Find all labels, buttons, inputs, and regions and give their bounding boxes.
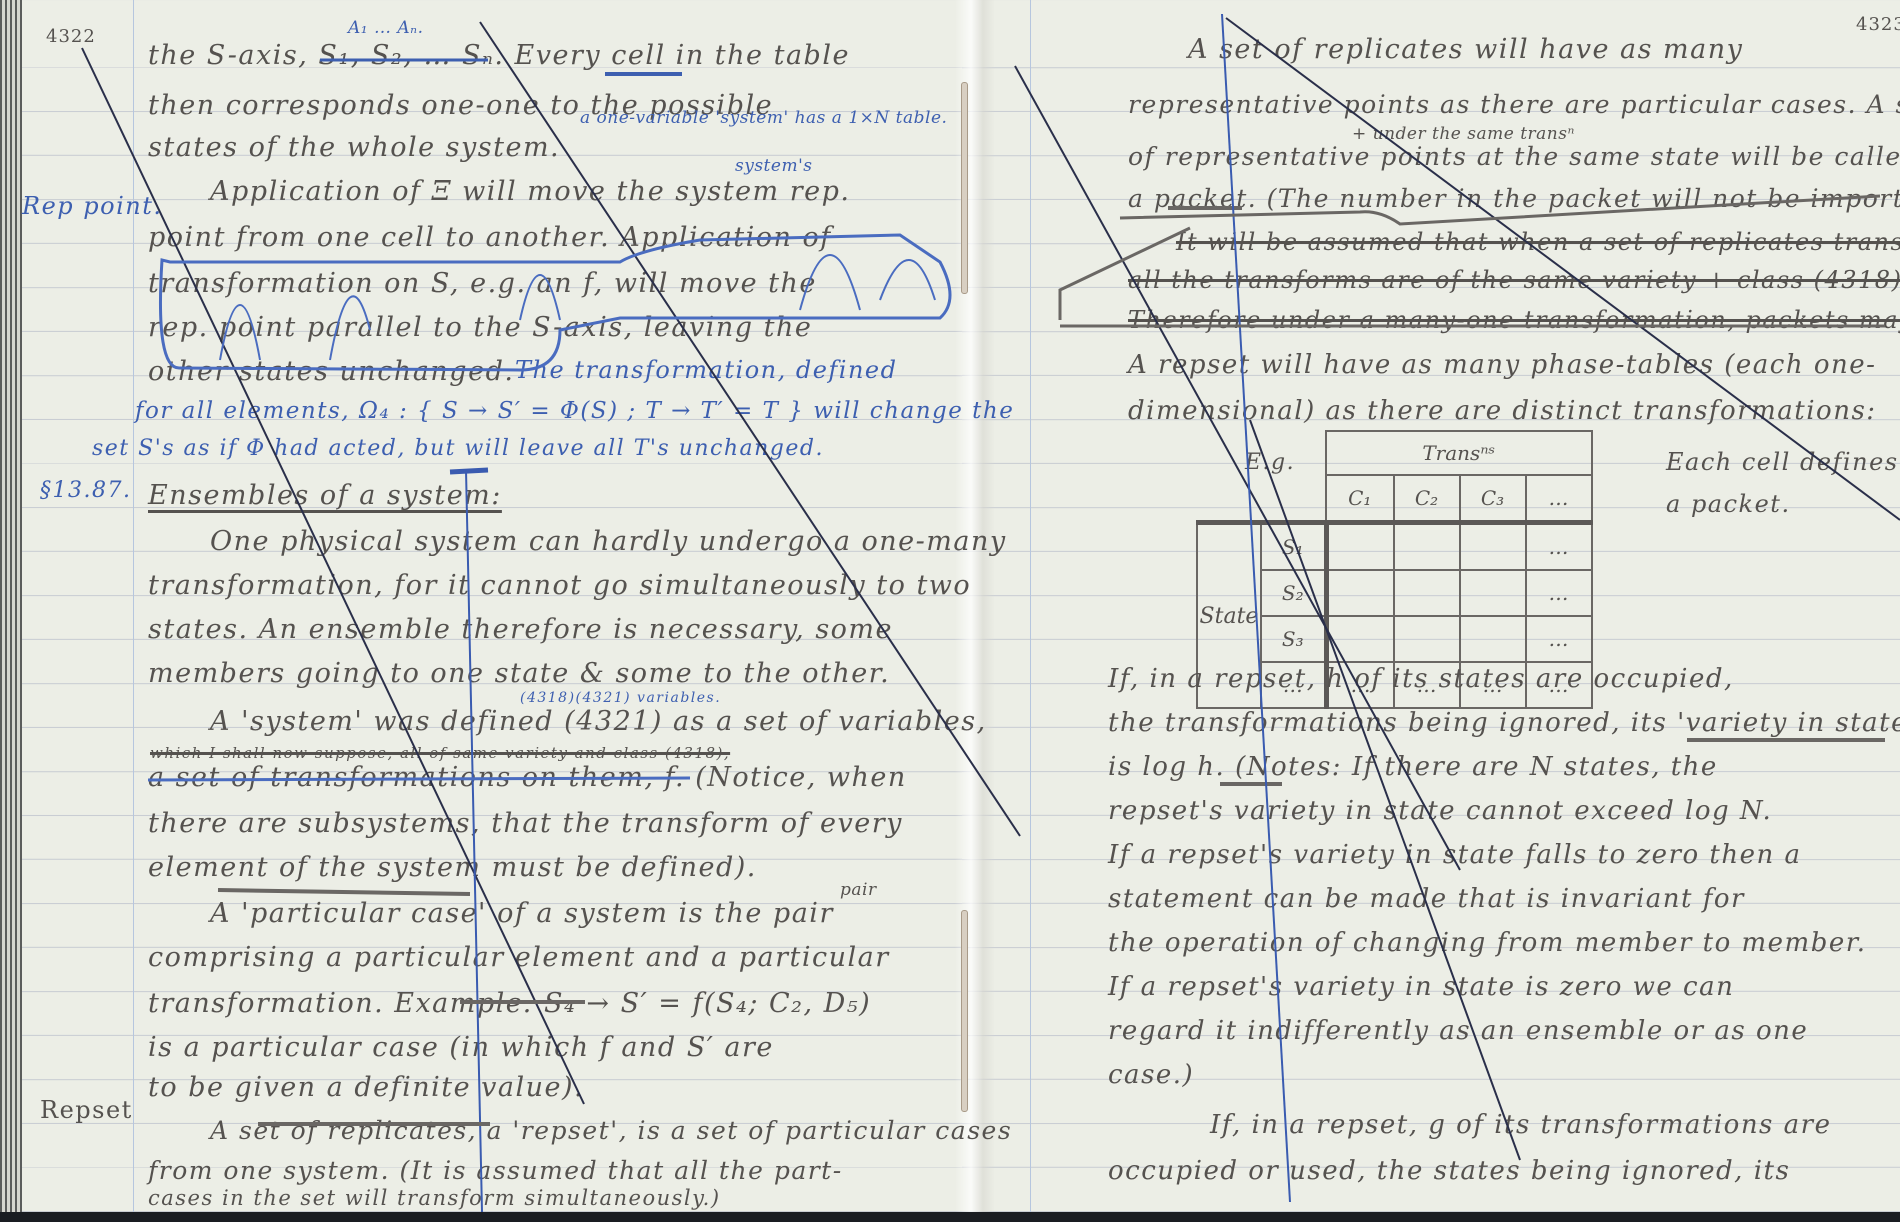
text-line: there are subsystems, that the transform… [148,808,903,839]
text-line: One physical system can hardly undergo a… [210,526,1007,557]
margin-rule [1030,0,1031,1212]
row-header: S₃ [1261,616,1326,662]
text-line: A 'system' was defined (4321) as a set o… [210,706,987,737]
table-cell [1394,523,1460,571]
margin-note-rep-point: Rep point. [22,192,162,220]
table-cell [1394,616,1460,662]
struck-line: It will be assumed that when a set of re… [1176,228,1900,256]
text-line: element of the system must be defined). [148,852,757,883]
text-line: is log h. (Notes: If there are N states,… [1108,752,1718,782]
staple-bottom [961,910,968,1112]
column-header: C₁ [1326,475,1394,523]
column-header: … [1526,475,1592,523]
table-cell: … [1526,616,1592,662]
text-line: A set of replicates, a 'repset', is a se… [210,1116,1012,1145]
text-line: If, in a repset, g of its transformation… [1210,1110,1832,1140]
text-line: case.) [1108,1060,1194,1090]
struck-line: Therefore under a many-one transformatio… [1128,306,1900,334]
text-line: transformation. Example: S₄ → S′ = f(S₄;… [148,988,871,1019]
text-line: Application of Ξ will move the system re… [210,176,850,207]
text-line: other states unchanged. [148,356,514,387]
table-cell: … [1526,570,1592,616]
text-line: of representative points at the same sta… [1128,142,1900,171]
text-line-blue: set S's as if Φ had acted, but will leav… [92,436,824,461]
text-line: A set of replicates will have as many [1188,34,1743,65]
text-line: A 'particular case' of a system is the p… [210,898,834,929]
table-cell [1460,570,1526,616]
text-line-blue: for all elements, Ω₄ : { S → S′ = Φ(S) ;… [135,398,1014,424]
text-line: A repset will have as many phase-tables … [1128,350,1876,380]
text-line: the operation of changing from member to… [1108,928,1867,958]
annotation: (4318)(4321) variables. [520,690,721,706]
text-line: members going to one state & some to the… [148,658,890,689]
table-cell [1326,570,1394,616]
text-line: transformation, for it cannot go simulta… [148,570,971,601]
annotation: a one-variable 'system' has a 1×N table. [580,108,947,128]
text-line: repset's variety in state cannot exceed … [1108,796,1772,826]
text-line: states. An ensemble therefore is necessa… [148,614,893,645]
row-header: S₂ [1261,570,1326,616]
text-line: comprising a particular element and a pa… [148,942,890,973]
staple-top [961,82,968,294]
page-number-right: 4323 [1856,14,1900,35]
page-number-left: 4322 [46,26,96,47]
text-line: If, in a repset, h of its states are occ… [1108,664,1734,694]
table-cell [1326,523,1394,571]
table-side-note: Each cell defines [1666,448,1899,476]
table-cell [1326,616,1394,662]
scan-border [0,1212,1900,1222]
text-line: If a repset's variety in state is zero w… [1108,972,1734,1002]
margin-rule [133,0,134,1212]
margin-note-repset: Repset [40,1096,133,1124]
table-title: Transⁿˢ [1326,431,1592,475]
text-line: occupied or used, the states being ignor… [1108,1156,1790,1186]
text-line: statement can be made that is invariant … [1108,884,1745,914]
text-line: from one system. (It is assumed that all… [148,1156,843,1185]
text-line: to be given a definite value). [148,1072,584,1103]
annotation: + under the same transⁿ [1352,124,1575,144]
text-line: point from one cell to another. Applicat… [148,222,832,253]
table-row: State S₁ … [1197,523,1592,571]
text-line: cases in the set will transform simultan… [148,1186,721,1210]
text-line: states of the whole system. [148,132,560,163]
table-cell [1394,570,1460,616]
section-heading: Ensembles of a system: [148,480,502,511]
text-line-blue: The transformation, defined [515,356,898,384]
text-line: dimensional) as there are distinct trans… [1128,396,1877,426]
text-line: transformation on S, e.g. an f, will mov… [148,268,817,299]
text-line: rep. point parallel to the S-axis, leavi… [148,312,812,343]
text-line: If a repset's variety in state falls to … [1108,840,1802,870]
text-line: regard it indifferently as an ensemble o… [1108,1016,1808,1046]
table-cell [1460,523,1526,571]
text-line: a packet. (The number in the packet will… [1128,184,1900,213]
table-side-note: a packet. [1666,490,1791,518]
struck-line: which I shall now suppose, all of same v… [150,744,730,762]
page-stack-edge [0,0,22,1212]
text-line: the S-axis, S₁, S₂, … Sₙ. Every cell in … [148,40,850,71]
text-line: representative points as there are parti… [1128,90,1900,119]
section-number: §13.87. [40,478,131,503]
row-header: S₁ [1261,523,1326,571]
text-line: a set of transformations on them, f. (No… [148,762,907,793]
column-header: C₂ [1394,475,1460,523]
annotation: system's [735,156,812,176]
text-line: is a particular case (in which f and S′ … [148,1032,774,1063]
table-cell: … [1526,523,1592,571]
struck-line: all the transforms are of the same varie… [1128,266,1900,294]
column-header: C₃ [1460,475,1526,523]
annotation: pair [840,880,877,900]
annotation: A₁ … Aₙ. [348,18,423,38]
table-cell [1460,616,1526,662]
text-line: the transformations being ignored, its '… [1108,708,1900,738]
